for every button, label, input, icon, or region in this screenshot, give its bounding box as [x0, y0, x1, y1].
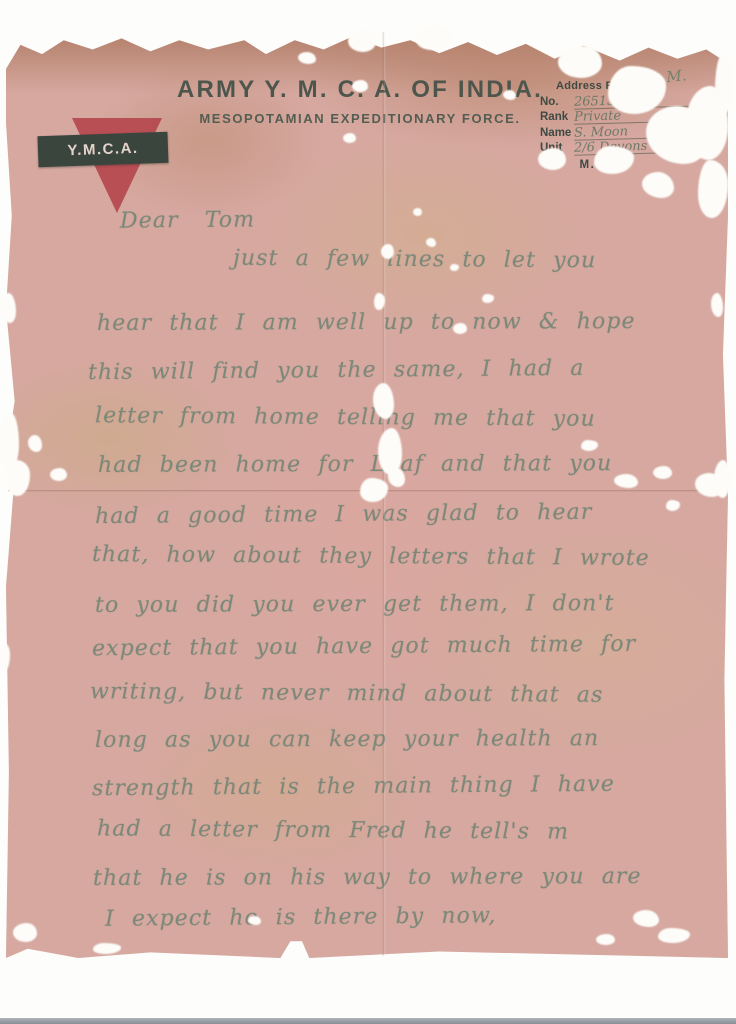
- damage-spot: [426, 238, 436, 247]
- damage-spot: [298, 52, 316, 64]
- damage-spot: [381, 244, 394, 259]
- handwritten-line: expect that you have got much time for: [92, 632, 637, 662]
- handwritten-line: I expect he is there by now,: [105, 903, 497, 931]
- damage-spot: [711, 293, 723, 317]
- damage-spot: [413, 208, 422, 216]
- damage-spot: [348, 30, 376, 52]
- field-no-label: No.: [540, 96, 574, 108]
- damage-spot: [28, 435, 42, 452]
- handwritten-line: to you did you ever get them, I don't: [95, 591, 615, 618]
- damage-spot: [538, 148, 566, 170]
- damage-spot: [714, 460, 730, 498]
- salutation: Dear Tom: [120, 207, 255, 233]
- handwritten-line: writing, but never mind about that as: [90, 679, 604, 708]
- ymca-logo: Y.M.C.A.: [34, 112, 214, 222]
- ymca-logo-band: Y.M.C.A.: [37, 132, 168, 168]
- damage-spot: [453, 323, 467, 334]
- damage-spot: [352, 80, 368, 92]
- handwritten-line: had a letter from Fred he tell's m: [97, 816, 569, 844]
- damage-spot: [1, 293, 16, 323]
- scanner-edge-line: [0, 1018, 736, 1024]
- field-rank-label: Rank: [540, 111, 574, 123]
- damage-spot: [13, 923, 37, 942]
- handwritten-line: that, how about they letters that I wrot…: [92, 542, 650, 571]
- letter-scan: ARMY Y. M. C. A. OF INDIA. MESOPOTAMIAN …: [0, 0, 736, 1024]
- handwritten-line: had been home for Leaf and that you: [98, 451, 612, 478]
- handwritten-line: that he is on his way to where you are: [93, 864, 642, 891]
- handwritten-line: letter from home telling me that you: [95, 403, 596, 431]
- handwritten-line: hear that I am well up to now & hope: [97, 309, 636, 336]
- damage-spot: [373, 383, 394, 419]
- damage-spot: [653, 466, 672, 479]
- damage-spot: [388, 468, 405, 487]
- damage-spot: [416, 26, 452, 50]
- damage-spot: [503, 90, 516, 100]
- damage-spot: [558, 46, 602, 78]
- handwritten-line: just a few lines to let you: [233, 246, 596, 274]
- damage-spot: [50, 468, 67, 481]
- field-name-label: Name: [540, 127, 574, 139]
- damage-spot: [248, 916, 261, 925]
- handwritten-line: this will find you the same, I had a: [88, 356, 585, 385]
- damage-spot: [715, 55, 733, 115]
- damage-spot: [343, 133, 356, 143]
- handwritten-line: strength that is the main thing I have: [92, 772, 615, 802]
- handwritten-line: had a good time I was glad to hear: [95, 500, 593, 529]
- damage-spot: [596, 934, 615, 945]
- handwritten-line: long as you can keep your health an: [95, 726, 599, 753]
